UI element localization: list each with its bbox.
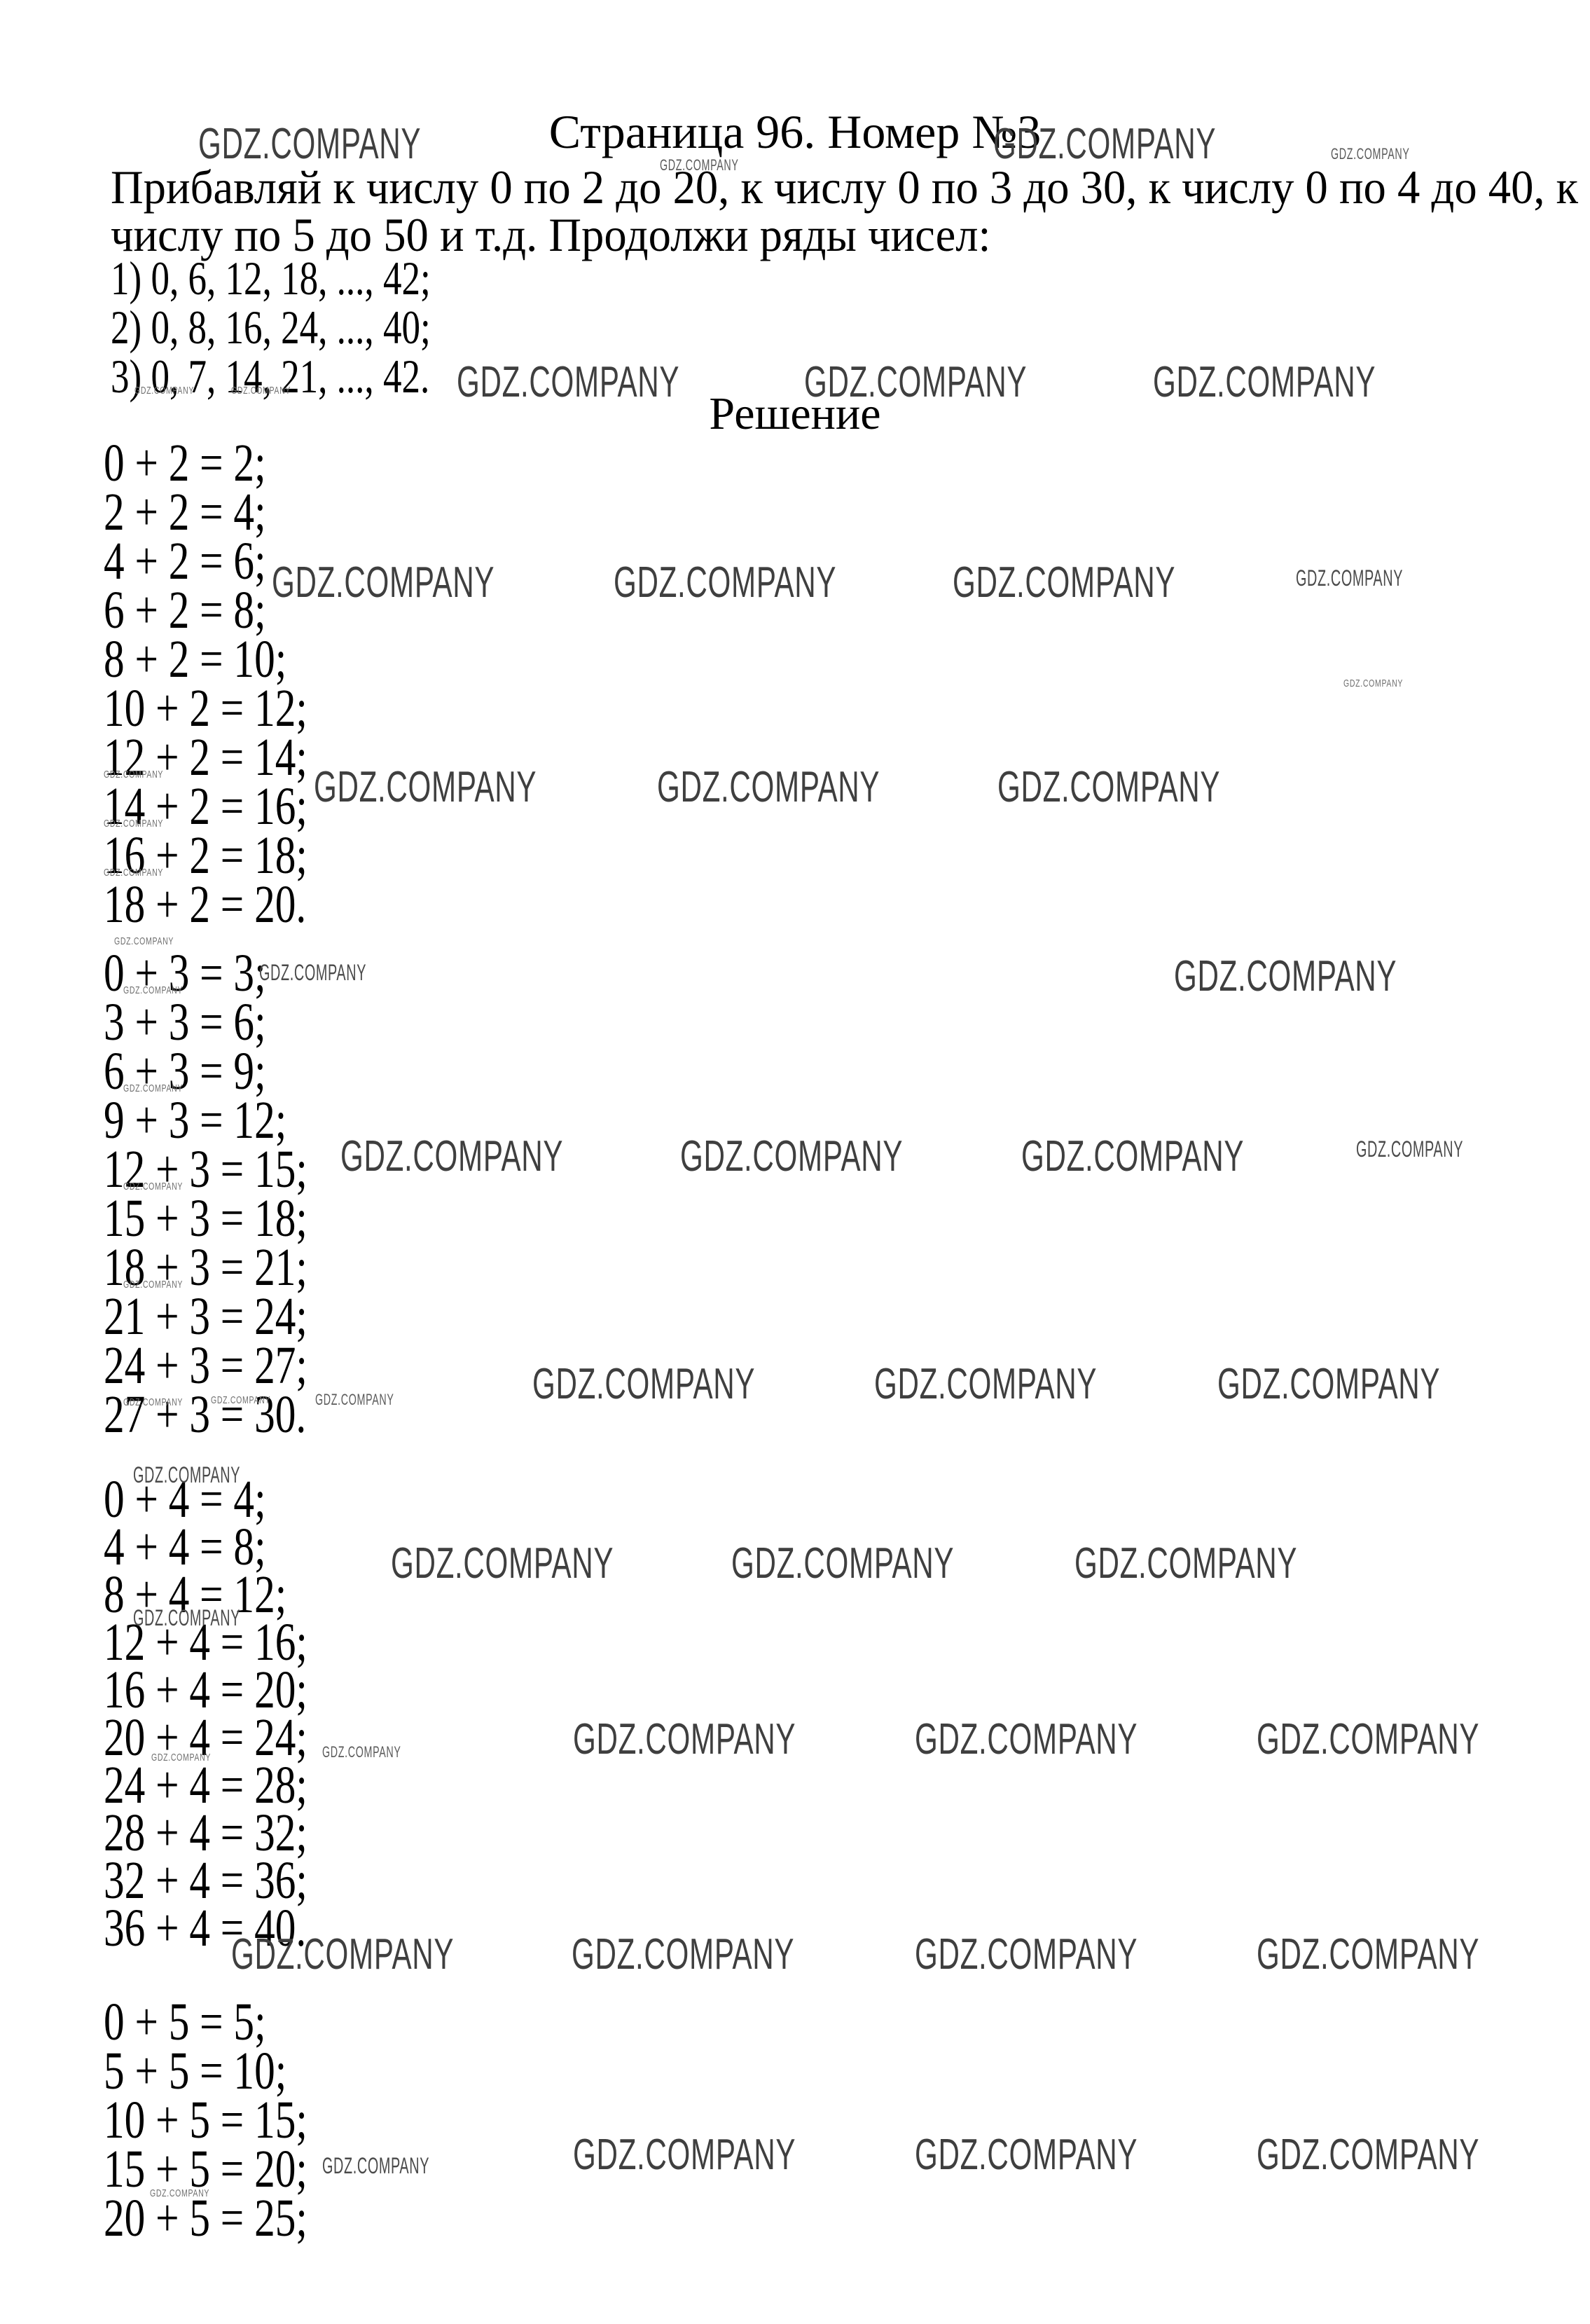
watermark-text: GDZ.COMPANY <box>1343 678 1403 689</box>
watermark-text: GDZ.COMPANY <box>993 119 1216 169</box>
watermark-text: GDZ.COMPANY <box>123 1181 183 1192</box>
watermark-text: GDZ.COMPANY <box>1174 951 1397 1001</box>
watermark-text: GDZ.COMPANY <box>1021 1132 1244 1181</box>
equation-line: 24 + 3 = 27; <box>104 1341 307 1390</box>
watermark-text: GDZ.COMPANY <box>997 762 1220 812</box>
watermark-text: GDZ.COMPANY <box>1356 1136 1463 1162</box>
watermark-text: GDZ.COMPANY <box>198 119 421 169</box>
equation-line: 15 + 5 = 20; <box>104 2145 307 2194</box>
watermark-text: GDZ.COMPANY <box>680 1132 903 1181</box>
watermark-text: GDZ.COMPANY <box>614 558 836 607</box>
watermark-text: GDZ.COMPANY <box>1217 1359 1440 1409</box>
equation-line: 24 + 4 = 28; <box>104 1761 307 1809</box>
watermark-text: GDZ.COMPANY <box>133 1605 240 1631</box>
equation-line: 18 + 2 = 20. <box>104 880 307 929</box>
watermark-text: GDZ.COMPANY <box>1153 357 1376 407</box>
watermark-text: GDZ.COMPANY <box>731 1539 954 1588</box>
watermark-text: GDZ.COMPANY <box>151 1752 211 1763</box>
watermark-text: GDZ.COMPANY <box>573 1714 796 1764</box>
watermark-text: GDZ.COMPANY <box>123 984 183 996</box>
equation-line: 16 + 4 = 20; <box>104 1666 307 1714</box>
watermark-text: GDZ.COMPANY <box>1257 2130 1479 2180</box>
watermark-text: GDZ.COMPANY <box>150 2187 209 2199</box>
equation-line: 9 + 3 = 12; <box>104 1096 307 1145</box>
watermark-text: GDZ.COMPANY <box>322 1743 401 1761</box>
sequence-line: 1) 0, 6, 12, 18, ..., 42; <box>111 251 431 306</box>
watermark-text: GDZ.COMPANY <box>657 762 880 812</box>
watermark-text: GDZ.COMPANY <box>915 1714 1138 1764</box>
watermark-text: GDZ.COMPANY <box>104 818 163 830</box>
equation-line: 10 + 5 = 15; <box>104 2096 307 2145</box>
watermark-text: GDZ.COMPANY <box>133 1462 240 1488</box>
watermark-text: GDZ.COMPANY <box>1296 565 1403 591</box>
watermark-text: GDZ.COMPANY <box>104 867 163 879</box>
equation-block: 0 + 5 = 5;5 + 5 = 10;10 + 5 = 15;15 + 5 … <box>104 1998 307 2243</box>
watermark-text: GDZ.COMPANY <box>1257 1714 1479 1764</box>
equation-line: 15 + 3 = 18; <box>104 1194 307 1243</box>
watermark-text: GDZ.COMPANY <box>572 1930 794 1979</box>
equation-line: 8 + 2 = 10; <box>104 635 307 684</box>
equation-line: 10 + 2 = 12; <box>104 684 307 733</box>
document-page: Страница 96. Номер №3 Прибавляй к числу … <box>0 0 1590 2324</box>
watermark-text: GDZ.COMPANY <box>391 1539 614 1588</box>
watermark-text: GDZ.COMPANY <box>660 156 739 174</box>
watermark-text: GDZ.COMPANY <box>315 1391 394 1409</box>
watermark-text: GDZ.COMPANY <box>457 357 679 407</box>
watermark-text: GDZ.COMPANY <box>532 1359 755 1409</box>
watermark-text: GDZ.COMPANY <box>123 1082 183 1094</box>
watermark-text: GDZ.COMPANY <box>1074 1539 1297 1588</box>
watermark-text: GDZ.COMPANY <box>123 1396 183 1408</box>
equation-line: 0 + 5 = 5; <box>104 1998 307 2047</box>
equation-block: 0 + 3 = 3;3 + 3 = 6;6 + 3 = 9;9 + 3 = 12… <box>104 949 307 1439</box>
equation-line: 28 + 4 = 32; <box>104 1809 307 1857</box>
watermark-text: GDZ.COMPANY <box>272 558 495 607</box>
watermark-text: GDZ.COMPANY <box>114 935 174 947</box>
watermark-text: GDZ.COMPANY <box>1331 145 1410 163</box>
equation-line: 20 + 5 = 25; <box>104 2194 307 2243</box>
equation-block: 0 + 2 = 2;2 + 2 = 4;4 + 2 = 6;6 + 2 = 8;… <box>104 439 307 929</box>
equation-line: 0 + 2 = 2; <box>104 439 307 488</box>
watermark-text: GDZ.COMPANY <box>104 769 163 781</box>
equation-line: 5 + 5 = 10; <box>104 2047 307 2096</box>
watermark-text: GDZ.COMPANY <box>340 1132 563 1181</box>
watermark-text: GDZ.COMPANY <box>322 2153 429 2179</box>
watermark-text: GDZ.COMPANY <box>573 2130 796 2180</box>
watermark-text: GDZ.COMPANY <box>874 1359 1097 1409</box>
watermark-text: GDZ.COMPANY <box>915 2130 1138 2180</box>
watermark-text: GDZ.COMPANY <box>231 385 291 397</box>
equation-line: 3 + 3 = 6; <box>104 998 307 1047</box>
watermark-text: GDZ.COMPANY <box>314 762 537 812</box>
equation-line: 4 + 4 = 8; <box>104 1523 307 1571</box>
watermark-text: GDZ.COMPANY <box>953 558 1175 607</box>
watermark-text: GDZ.COMPANY <box>231 1930 454 1979</box>
watermark-text: GDZ.COMPANY <box>134 385 194 397</box>
equation-line: 21 + 3 = 24; <box>104 1292 307 1341</box>
sequence-line: 2) 0, 8, 16, 24, ..., 40; <box>111 300 431 355</box>
equation-line: 32 + 4 = 36; <box>104 1857 307 1904</box>
watermark-text: GDZ.COMPANY <box>123 1279 183 1291</box>
watermark-text: GDZ.COMPANY <box>915 1930 1138 1979</box>
watermark-text: GDZ.COMPANY <box>211 1394 270 1406</box>
watermark-text: GDZ.COMPANY <box>1257 1930 1479 1979</box>
watermark-text: GDZ.COMPANY <box>804 357 1027 407</box>
equation-block: 0 + 4 = 4;4 + 4 = 8;8 + 4 = 12;12 + 4 = … <box>104 1476 307 1952</box>
watermark-text: GDZ.COMPANY <box>259 960 366 986</box>
equation-line: 2 + 2 = 4; <box>104 488 307 537</box>
